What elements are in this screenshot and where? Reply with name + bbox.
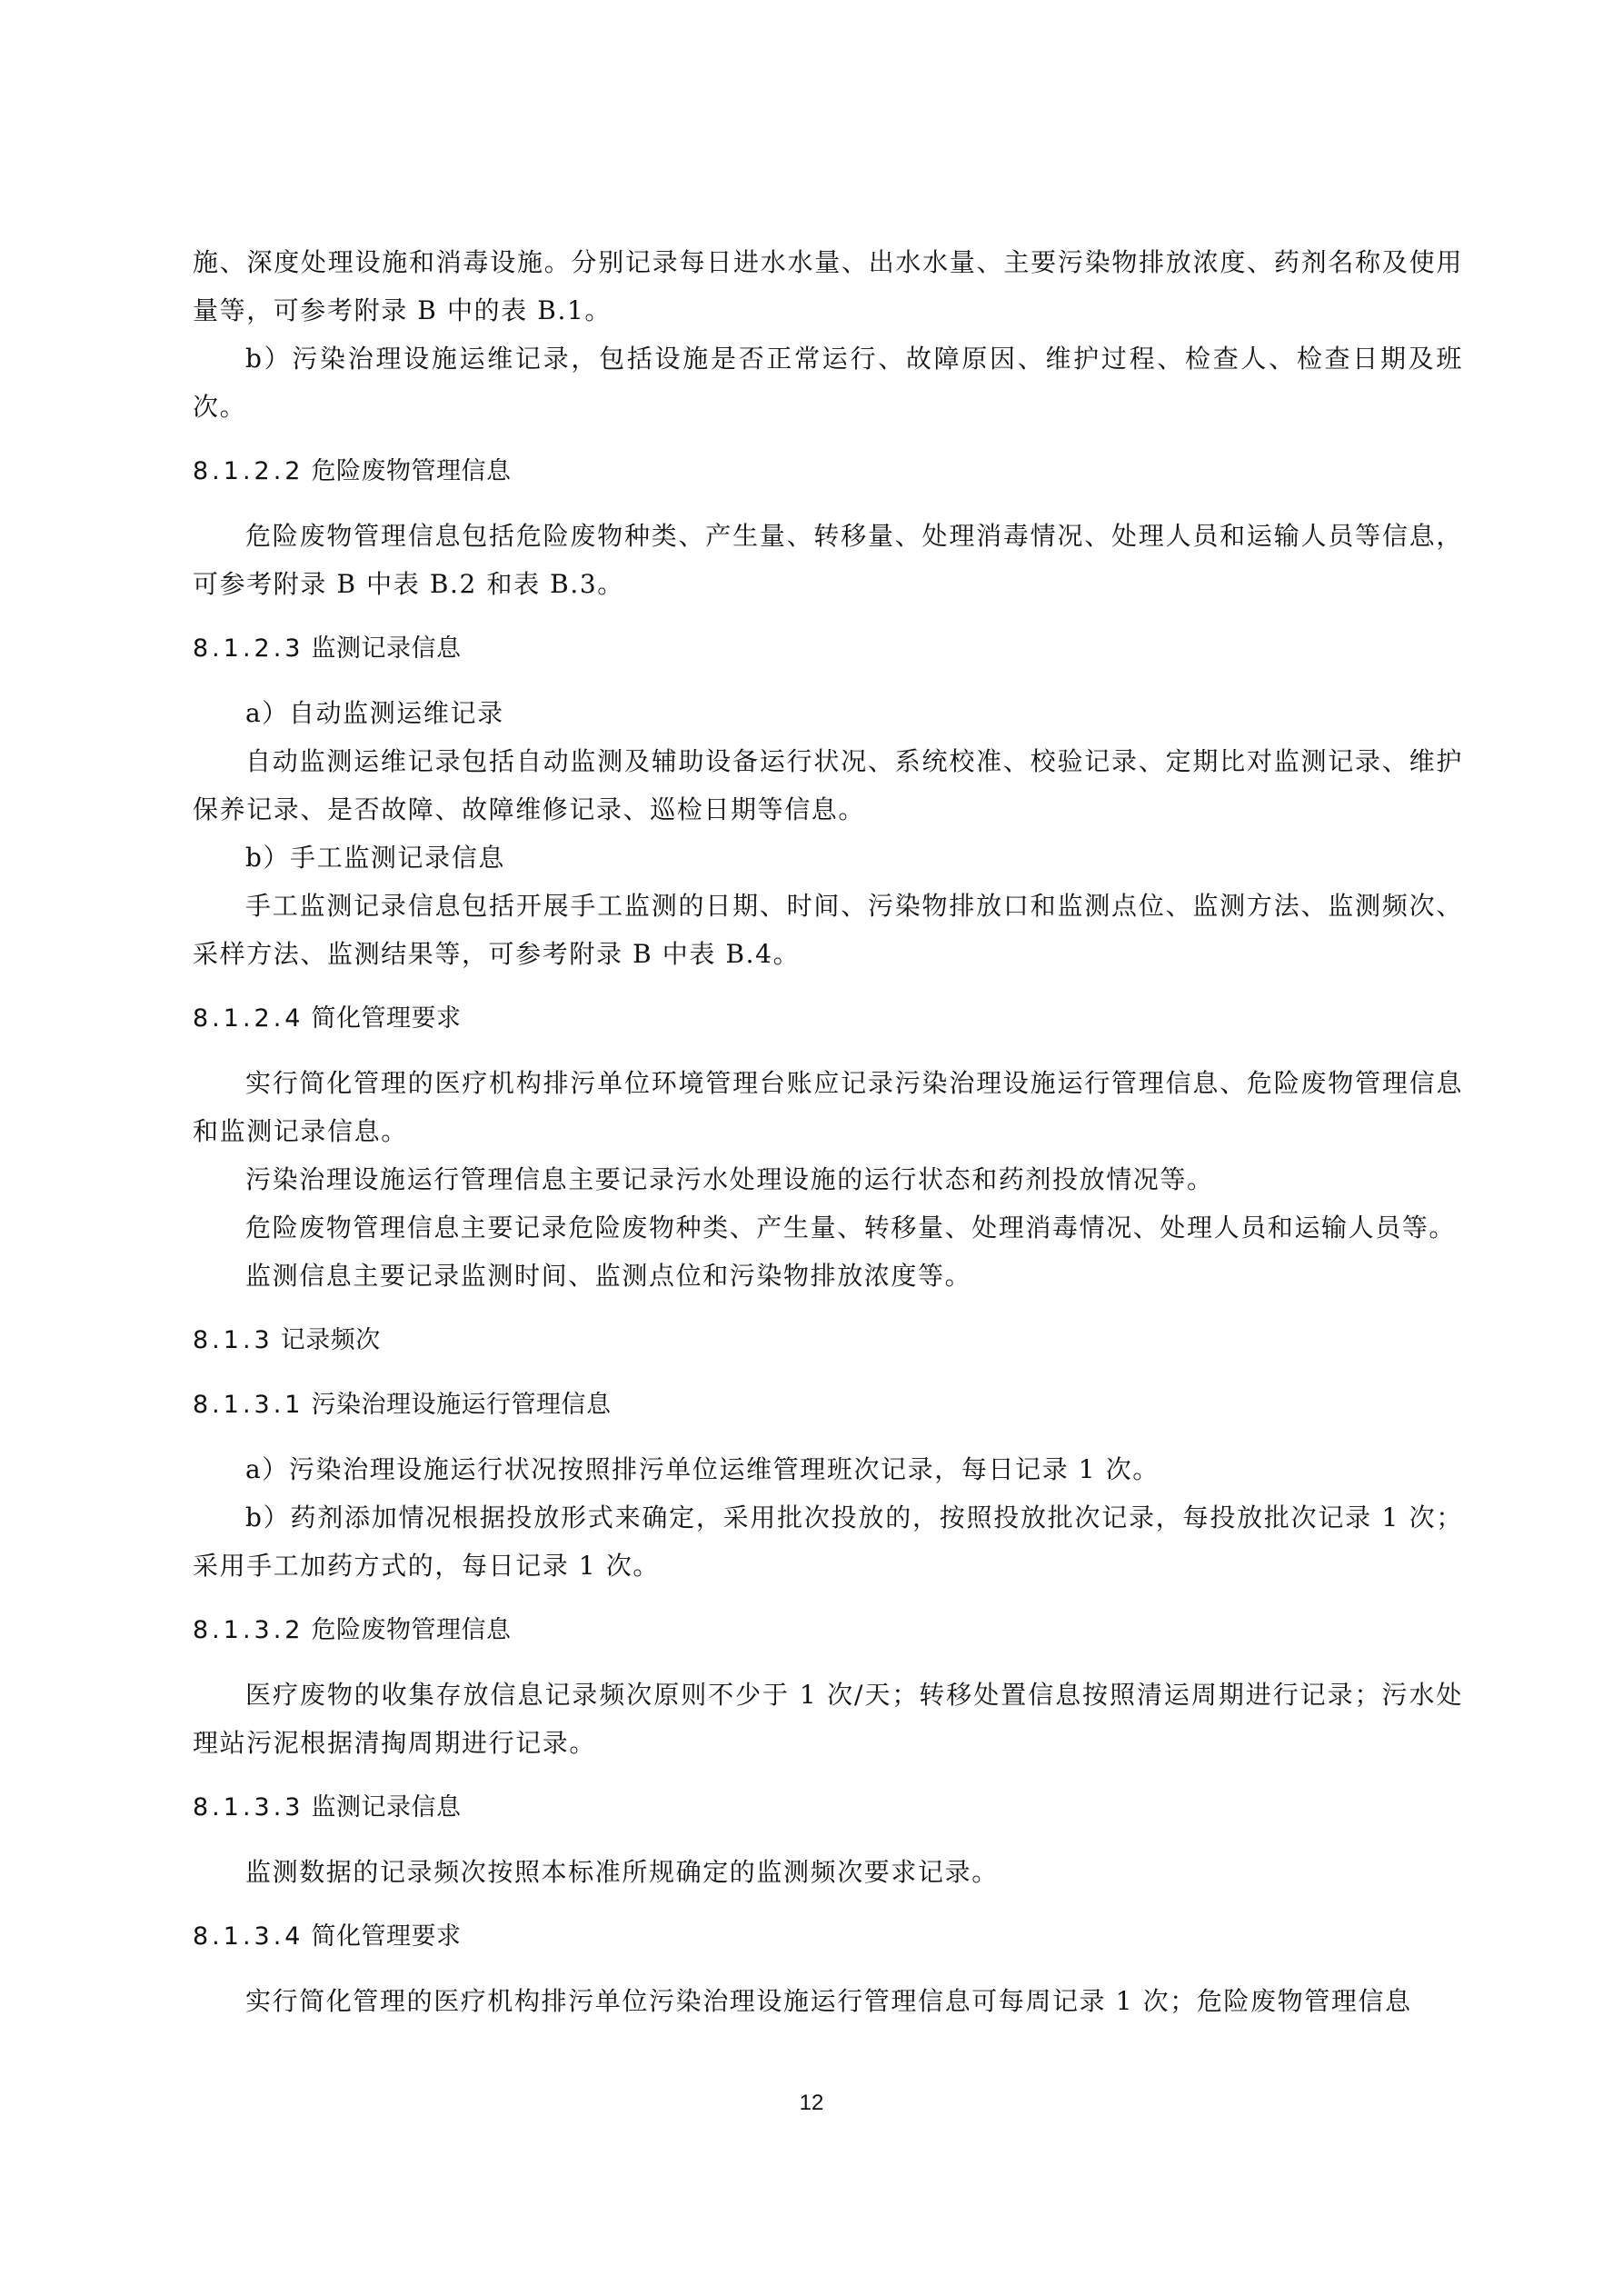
section-heading: 8.1.2.3监测记录信息 <box>193 624 1463 673</box>
paragraph: a）污染治理设施运行状况按照排污单位运维管理班次记录，每日记录 1 次。 <box>193 1445 1463 1493</box>
section-title: 污染治理设施运行管理信息 <box>311 1391 611 1419</box>
list-item-label: b）手工监测记录信息 <box>193 834 1463 882</box>
section-number: 8.1.3.4 <box>193 1922 304 1951</box>
section-title: 危险废物管理信息 <box>311 457 511 485</box>
section-title: 监测记录信息 <box>311 634 461 663</box>
paragraph: b）污染治理设施运维记录，包括设施是否正常运行、故障原因、维护过程、检查人、检查… <box>193 334 1463 431</box>
section-heading: 8.1.2.2危险废物管理信息 <box>193 447 1463 495</box>
section-title: 监测记录信息 <box>311 1793 461 1822</box>
list-item-label: a）自动监测运维记录 <box>193 689 1463 737</box>
section-title: 危险废物管理信息 <box>311 1616 511 1644</box>
paragraph: b）药剂添加情况根据投放形式来确定，采用批次投放的，按照投放批次记录，每投放批次… <box>193 1493 1463 1590</box>
section-number: 8.1.2.4 <box>193 1004 304 1033</box>
section-number: 8.1.2.2 <box>193 457 304 485</box>
section-heading: 8.1.3.4简化管理要求 <box>193 1912 1463 1961</box>
section-heading: 8.1.3.1污染治理设施运行管理信息 <box>193 1381 1463 1429</box>
section-number: 8.1.2.3 <box>193 634 304 663</box>
section-number: 8.1.3.2 <box>193 1616 304 1644</box>
paragraph: 施、深度处理设施和消毒设施。分别记录每日进水水量、出水水量、主要污染物排放浓度、… <box>193 238 1463 334</box>
paragraph: 实行简化管理的医疗机构排污单位环境管理台账应记录污染治理设施运行管理信息、危险废… <box>193 1059 1463 1155</box>
paragraph: 自动监测运维记录包括自动监测及辅助设备运行状况、系统校准、校验记录、定期比对监测… <box>193 737 1463 834</box>
page-number: 12 <box>0 2091 1623 2116</box>
paragraph: 实行简化管理的医疗机构排污单位污染治理设施运行管理信息可每周记录 1 次；危险废… <box>193 1977 1463 2025</box>
section-number: 8.1.3.3 <box>193 1793 304 1822</box>
paragraph: 监测信息主要记录监测时间、监测点位和污染物排放浓度等。 <box>193 1252 1463 1300</box>
paragraph: 监测数据的记录频次按照本标准所规确定的监测频次要求记录。 <box>193 1848 1463 1896</box>
section-title: 简化管理要求 <box>311 1004 461 1033</box>
paragraph: 危险废物管理信息主要记录危险废物种类、产生量、转移量、处理消毒情况、处理人员和运… <box>193 1203 1463 1252</box>
paragraph: 医疗废物的收集存放信息记录频次原则不少于 1 次/天；转移处置信息按照清运周期进… <box>193 1671 1463 1767</box>
section-heading: 8.1.3记录频次 <box>193 1316 1463 1364</box>
paragraph: 危险废物管理信息包括危险废物种类、产生量、转移量、处理消毒情况、处理人员和运输人… <box>193 512 1463 608</box>
paragraph: 污染治理设施运行管理信息主要记录污水处理设施的运行状态和药剂投放情况等。 <box>193 1155 1463 1203</box>
section-number: 8.1.3 <box>193 1326 274 1354</box>
section-heading: 8.1.2.4简化管理要求 <box>193 994 1463 1043</box>
section-heading: 8.1.3.2危险废物管理信息 <box>193 1606 1463 1654</box>
section-title: 记录频次 <box>281 1326 381 1354</box>
section-title: 简化管理要求 <box>311 1922 461 1951</box>
section-number: 8.1.3.1 <box>193 1391 304 1419</box>
document-body: 施、深度处理设施和消毒设施。分别记录每日进水水量、出水水量、主要污染物排放浓度、… <box>193 238 1463 2025</box>
paragraph: 手工监测记录信息包括开展手工监测的日期、时间、污染物排放口和监测点位、监测方法、… <box>193 882 1463 978</box>
section-heading: 8.1.3.3监测记录信息 <box>193 1783 1463 1832</box>
